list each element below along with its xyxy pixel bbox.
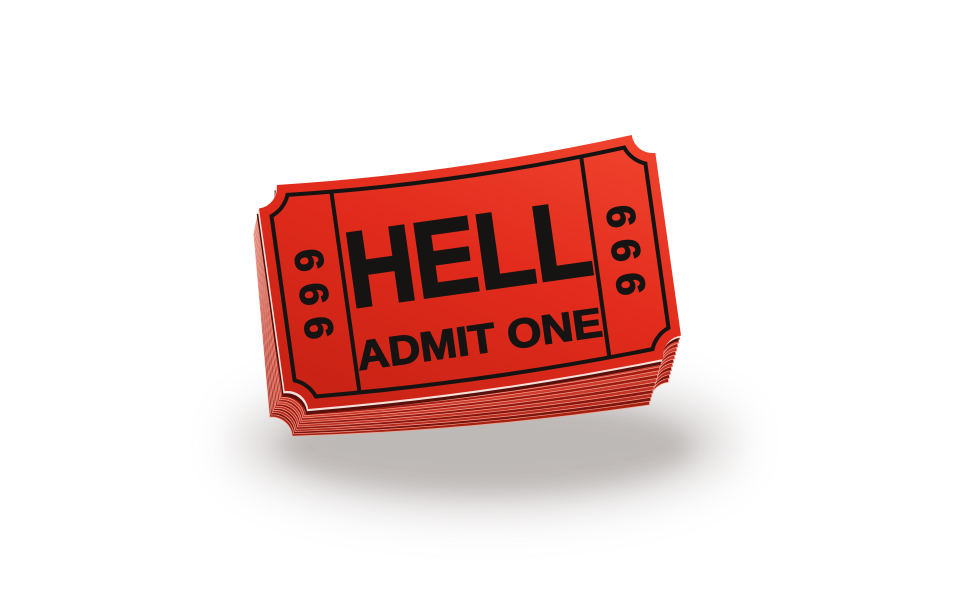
ticket-photo: 666 666 HELL ADMIT ONE <box>256 132 684 412</box>
page-background: 666 666 HELL ADMIT ONE <box>0 0 960 600</box>
ticket-stack: 666 666 HELL ADMIT ONE <box>256 132 684 412</box>
